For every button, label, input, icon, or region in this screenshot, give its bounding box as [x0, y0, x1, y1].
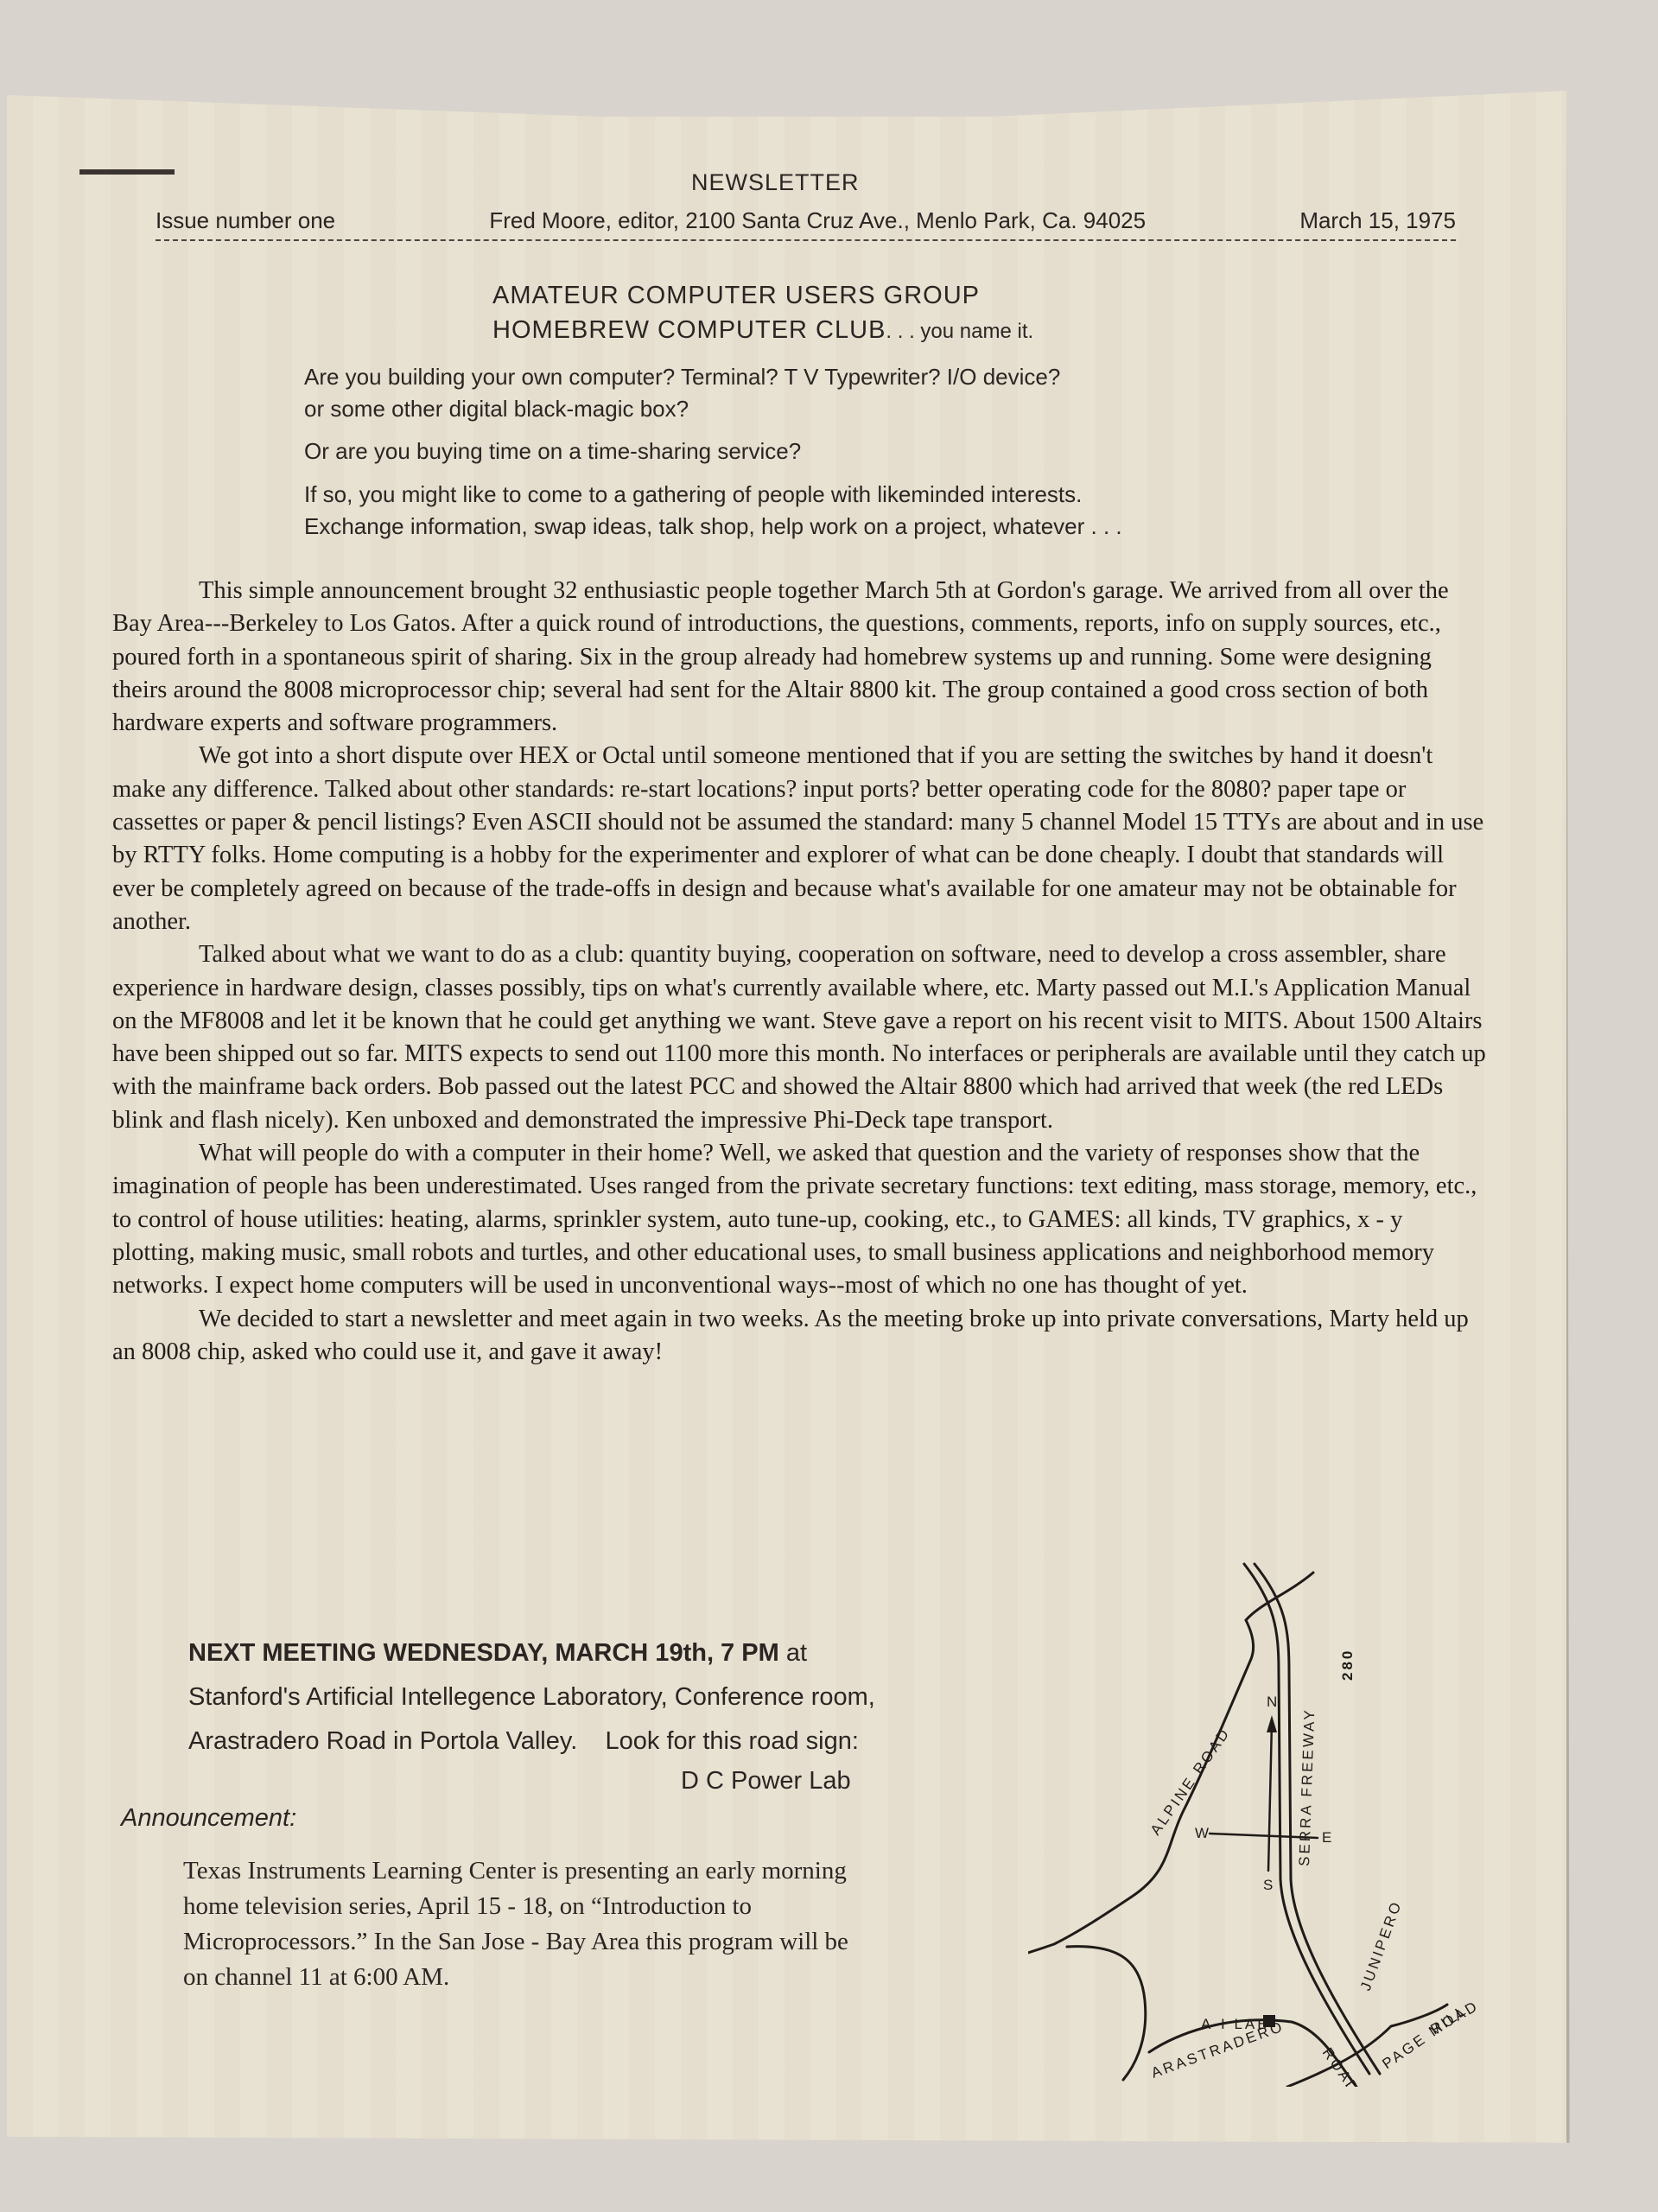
newsletter-title: NEWSLETTER [691, 169, 860, 196]
meeting-road: Arastradero Road in Portola Valley. Look… [188, 1719, 875, 1764]
junipero-label: JUNIPERO [1357, 1898, 1405, 1993]
issue-number: Issue number one [156, 207, 335, 234]
next-meeting: NEXT MEETING WEDNESDAY, MARCH 19th, 7 PM… [188, 1631, 875, 1764]
meeting-heading: NEXT MEETING WEDNESDAY, MARCH 19th, 7 PM [188, 1639, 779, 1667]
meeting-location: Stanford's Artificial Intellegence Labor… [188, 1675, 875, 1719]
article-paragraph: We decided to start a newsletter and mee… [112, 1303, 1486, 1370]
club-names: AMATEUR COMPUTER USERS GROUP HOMEBREW CO… [492, 278, 1033, 349]
editor-address: Fred Moore, editor, 2100 Santa Cruz Ave.… [489, 207, 1146, 234]
svg-text:S: S [1263, 1877, 1275, 1893]
svg-text:W: W [1195, 1825, 1211, 1841]
directions-map: N S E W ALPINE ROAD 280 SERRA FREEWAY JU… [1028, 1551, 1547, 2087]
page-mill-road-label: ROAD [1428, 1997, 1482, 2037]
masthead-rule [156, 239, 1456, 241]
article-body: This simple announcement brought 32 enth… [112, 575, 1486, 1369]
article-paragraph: This simple announcement brought 32 enth… [112, 575, 1486, 740]
freeway-number-label: 280 [1339, 1649, 1356, 1681]
club-tagline: . . . you name it. [886, 320, 1033, 343]
announcement-body: Texas Instruments Learning Center is pre… [183, 1853, 857, 1995]
alpine-road-label: ALPINE ROAD [1147, 1725, 1234, 1839]
intro-invite: If so, you might like to come to a gathe… [304, 479, 1122, 543]
intro-question-1: Are you building your own computer? Term… [304, 361, 1060, 425]
serra-freeway-label: SERRA FREEWAY [1296, 1707, 1318, 1866]
announcement-label: Announcement: [121, 1804, 296, 1833]
svg-text:E: E [1322, 1829, 1334, 1846]
north-arrow-icon [1267, 1715, 1277, 1732]
article-paragraph: Talked about what we want to do as a clu… [112, 938, 1486, 1137]
article-paragraph: We got into a short dispute over HEX or … [112, 740, 1486, 938]
svg-text:N: N [1267, 1694, 1280, 1710]
issue-date: March 15, 1975 [1299, 207, 1456, 234]
masthead-info: Issue number one Fred Moore, editor, 210… [156, 207, 1456, 234]
article-paragraph: What will people do with a computer in t… [112, 1137, 1486, 1302]
intro-question-2: Or are you buying time on a time-sharing… [304, 435, 801, 467]
road-sign-text: D C Power Lab [681, 1767, 851, 1796]
ink-mark [79, 169, 175, 175]
club-name-primary: AMATEUR COMPUTER USERS GROUP [492, 278, 1033, 313]
club-name-secondary: HOMEBREW COMPUTER CLUB. . . you name it. [492, 313, 1033, 349]
